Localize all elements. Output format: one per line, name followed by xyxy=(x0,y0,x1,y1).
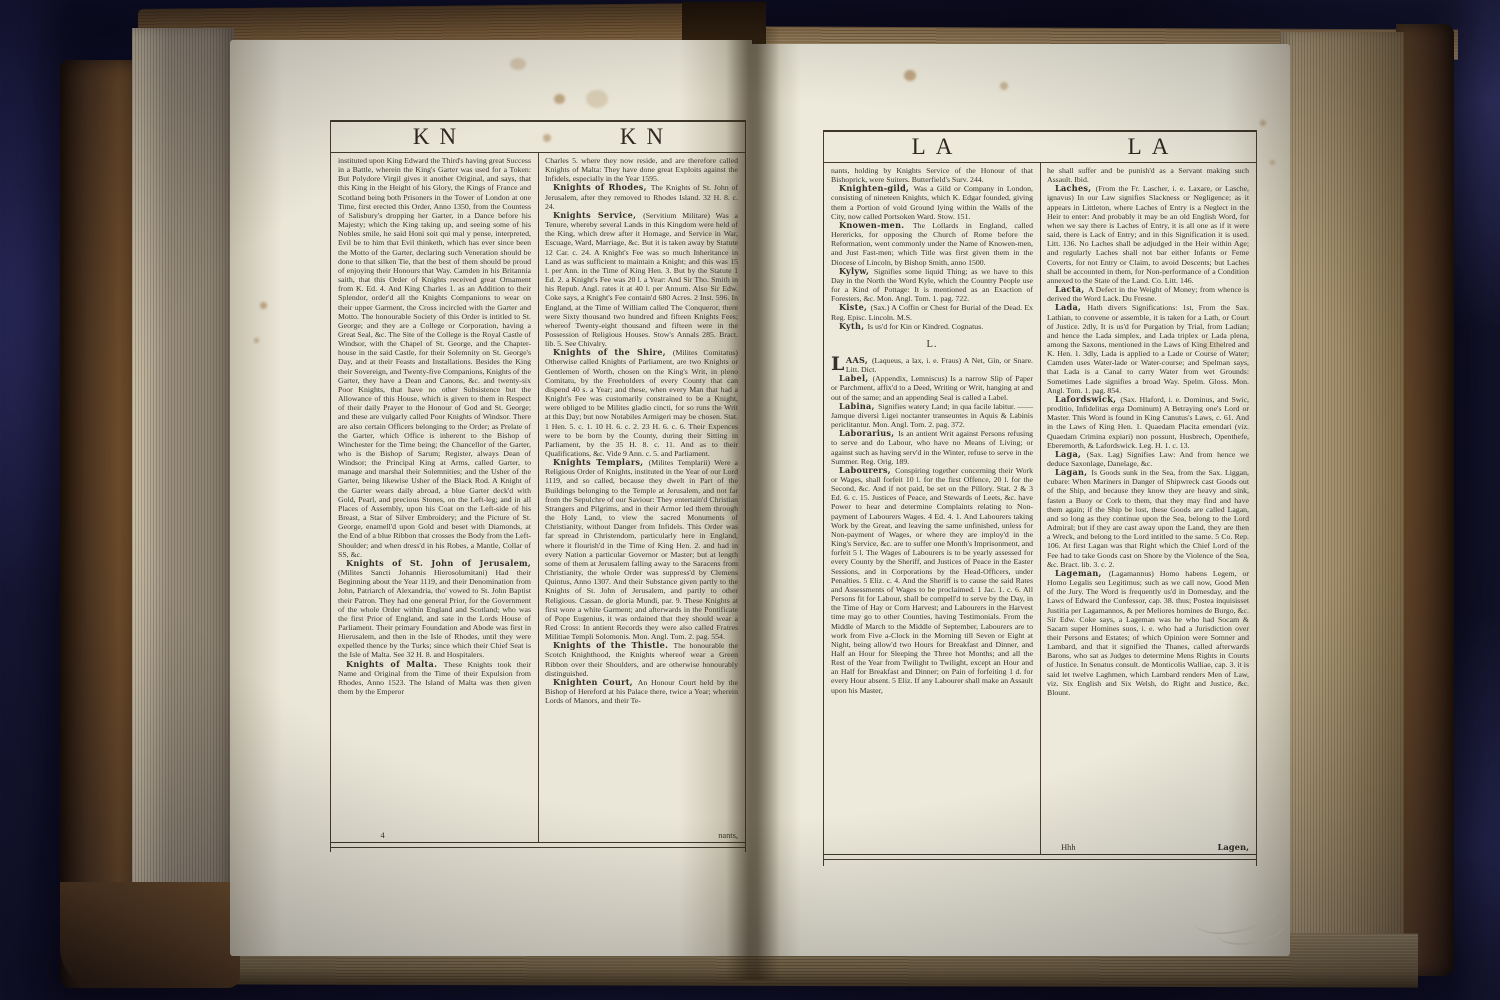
dictionary-entry: Kylyw, Signifies some liquid Thing; as w… xyxy=(831,267,1033,304)
dictionary-entry: Laga, (Sax. Lag) Signifies Law: And from… xyxy=(1047,450,1249,468)
dictionary-entry: Knights of Rhodes, The Knights of St. Jo… xyxy=(545,183,738,210)
dictionary-entry: Label, (Appendix, Lemniscus) Is a narrow… xyxy=(831,374,1033,401)
dictionary-entry: Knights of the Shire, (Milites Comitatus… xyxy=(545,348,738,458)
dictionary-entry: Knights of St. John of Jerusalem, (Milit… xyxy=(338,559,531,660)
running-head-right: LA xyxy=(1040,134,1256,160)
continuation-paragraph: he shall suffer and be punish'd as a Ser… xyxy=(1047,166,1249,184)
left-page: KN KN instituted upon King Edward the Th… xyxy=(230,40,752,956)
entry-headword: Knights of St. John of Jerusalem, xyxy=(346,558,531,568)
entry-headword: Knowen-men. xyxy=(839,220,913,230)
drop-cap: L xyxy=(831,356,846,372)
entry-headword: Laga, xyxy=(1055,449,1087,459)
right-page-column-1: nants, holding by Knights Service of the… xyxy=(824,163,1040,854)
entry-headword: Kyth, xyxy=(839,321,867,331)
section-letter-heading: L. xyxy=(831,340,1033,349)
dictionary-entry: Knights of Malta. These Knights took the… xyxy=(338,660,531,697)
entry-headword: Labourers, xyxy=(839,465,895,475)
dictionary-entry: Laborarius, Is an antient Writ against P… xyxy=(831,429,1033,466)
entry-headword: Knights Templars, xyxy=(553,457,649,467)
right-page-column-2: he shall suffer and be punish'd as a Ser… xyxy=(1040,163,1256,854)
bottom-rule-2 xyxy=(824,859,1256,860)
continuation-paragraph: instituted upon King Edward the Third's … xyxy=(338,156,531,559)
entry-headword: Knighten-gild, xyxy=(839,183,914,193)
columns: nants, holding by Knights Service of the… xyxy=(824,163,1256,854)
dictionary-entry: LAAS, (Laqueus, a lax, i. e. Fraus) A Ne… xyxy=(831,356,1033,374)
entry-headword: Knighten Court, xyxy=(553,677,638,687)
leather-cover-right xyxy=(1396,24,1454,976)
bottom-rule-2 xyxy=(331,847,745,848)
dictionary-entry: Labina, Signifies watery Land; in qua fa… xyxy=(831,402,1033,429)
dictionary-entry: Lageman, (Lagamannus) Homo habens Legem,… xyxy=(1047,569,1249,697)
catchword: Lagen, xyxy=(1217,843,1249,852)
running-head-right: KN xyxy=(538,124,745,150)
entry-headword: Label, xyxy=(839,373,873,383)
dictionary-entry: Kiste, (Sax.) A Coffin or Chest for Buri… xyxy=(831,303,1033,321)
leather-cover-corner xyxy=(60,882,240,988)
signature-mark: Hhh xyxy=(1061,843,1075,852)
entry-headword: Kiste, xyxy=(839,302,871,312)
dictionary-entry: Knights Templars, (Milites Templarii) We… xyxy=(545,458,738,641)
continuation-paragraph: nants, holding by Knights Service of the… xyxy=(831,166,1033,184)
running-heads: LA LA xyxy=(824,132,1256,162)
fore-edge-right xyxy=(1280,32,1404,976)
entry-headword: Laborarius, xyxy=(839,428,898,438)
left-page-text-frame: KN KN instituted upon King Edward the Th… xyxy=(330,120,746,852)
photograph-of-open-book: KN KN instituted upon King Edward the Th… xyxy=(0,0,1500,1000)
right-page: LA LA nants, holding by Knights Service … xyxy=(752,44,1290,956)
dictionary-entry: Lagan, Is Goods sunk in the Sea, from th… xyxy=(1047,468,1249,569)
continuation-paragraph: Charles 5. where they now reside, and ar… xyxy=(545,156,738,183)
entry-headword: Lada, xyxy=(1055,302,1087,312)
dictionary-entry: Lafordswick, (Sax. Hlaford, i. e. Dominu… xyxy=(1047,395,1249,450)
dictionary-entry: Labourers, Conspiring together concernin… xyxy=(831,466,1033,695)
left-page-column-1: instituted upon King Edward the Third's … xyxy=(331,153,538,842)
column-footer: HhhLagen, xyxy=(1047,843,1249,852)
column-footer: nants, xyxy=(545,831,738,840)
entry-headword: Knights of Rhodes, xyxy=(553,182,651,192)
entry-headword: Knights of Malta. xyxy=(346,659,444,669)
entry-headword: Lageman, xyxy=(1055,568,1109,578)
entry-headword: Lacta, xyxy=(1055,284,1088,294)
dictionary-entry: Laches, (From the Fr. Lascher, i. e. Lax… xyxy=(1047,184,1249,285)
dictionary-entry: Lacta, A Defect in the Weight of Money; … xyxy=(1047,285,1249,303)
dictionary-entry: Knighten-gild, Was a Gild or Company in … xyxy=(831,184,1033,221)
entry-headword: Labina, xyxy=(839,401,878,411)
bottom-rule xyxy=(824,854,1256,855)
foxing-spot xyxy=(510,58,526,70)
entry-headword: Knights of the Shire, xyxy=(553,347,673,357)
entry-headword: Lagan, xyxy=(1055,467,1091,477)
foxing-spot xyxy=(1198,338,1224,352)
entry-headword: Knights of the Thistle. xyxy=(553,640,673,650)
foxing-spot xyxy=(1270,160,1275,165)
running-head-left: LA xyxy=(824,134,1040,160)
running-head-left: KN xyxy=(331,124,538,150)
dictionary-entry: Knowen-men. The Lollards in England, cal… xyxy=(831,221,1033,267)
entry-headword: Kylyw, xyxy=(839,266,874,276)
foxing-spot xyxy=(1000,82,1008,90)
dictionary-entry: Knighten Court, An Honour Court held by … xyxy=(545,678,738,705)
running-heads: KN KN xyxy=(331,122,745,152)
left-page-column-2: Charles 5. where they now reside, and ar… xyxy=(538,153,745,842)
foxing-spot xyxy=(543,134,551,142)
columns: instituted upon King Edward the Third's … xyxy=(331,153,745,842)
book: KN KN instituted upon King Edward the Th… xyxy=(58,2,1454,994)
entry-headword: Laches, xyxy=(1055,183,1096,193)
foxing-spot xyxy=(904,70,916,81)
dictionary-entry: Kyth, Is us'd for Kin or Kindred. Cognat… xyxy=(831,322,1033,331)
foxing-spot xyxy=(554,94,565,104)
foxing-spot xyxy=(586,90,608,108)
foxing-spot xyxy=(1260,120,1266,126)
column-footer: 4 xyxy=(338,831,531,840)
fore-edge-left xyxy=(132,28,234,980)
dictionary-entry: Knights Service, (Servitium Militare) Wa… xyxy=(545,211,738,348)
entry-headword: Knights Service, xyxy=(553,210,643,220)
dictionary-entry: Knights of the Thistle. The honourable t… xyxy=(545,641,738,678)
gutter-shadow xyxy=(726,28,780,980)
foxing-spot xyxy=(254,338,259,343)
entry-headword: Lafordswick, xyxy=(1055,394,1120,404)
bottom-rule xyxy=(331,842,745,843)
signature-mark: 4 xyxy=(380,831,384,840)
foxing-spot xyxy=(260,302,267,309)
right-page-text-frame: LA LA nants, holding by Knights Service … xyxy=(823,130,1257,866)
